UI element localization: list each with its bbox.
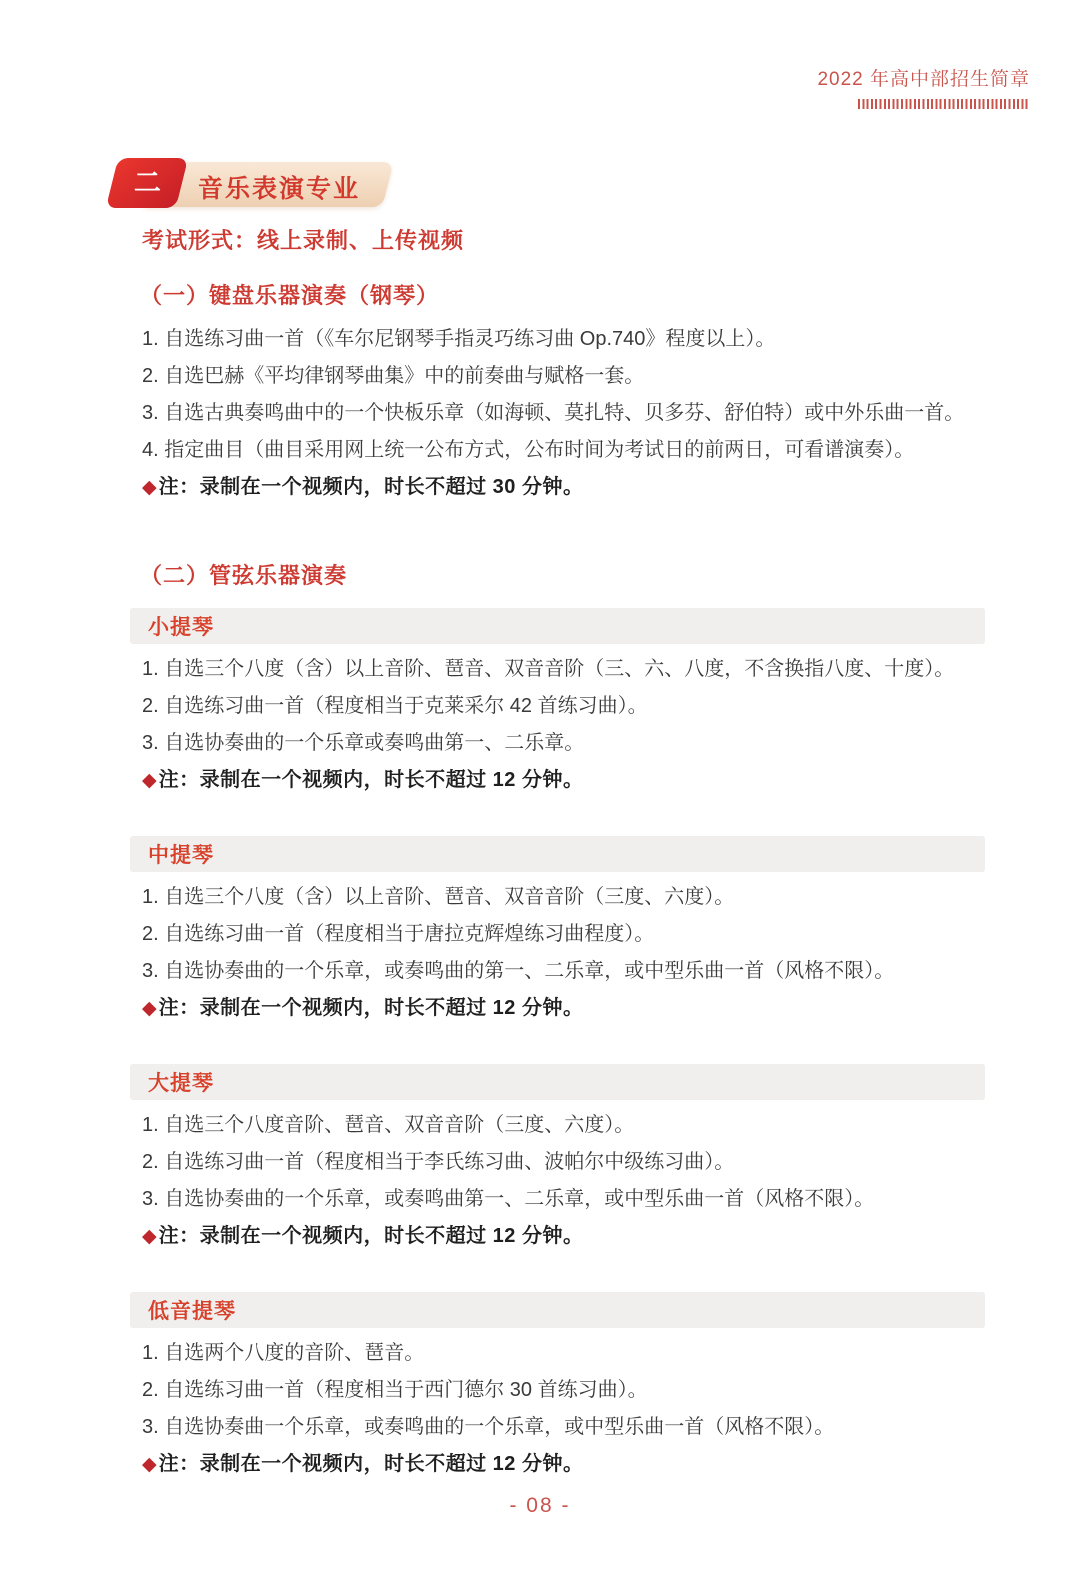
page-title: 音乐表演专业 — [198, 169, 360, 205]
instrument-title: 小提琴 — [148, 611, 214, 641]
list-item: 1. 自选三个八度（含）以上音阶、琶音、双音音阶（三、六、八度，不含换指八度、十… — [130, 658, 985, 681]
note-line: ◆注：录制在一个视频内，时长不超过 12 分钟。 — [130, 1453, 985, 1476]
note-line: ◆注：录制在一个视频内，时长不超过 12 分钟。 — [130, 997, 985, 1020]
note-text: 注：录制在一个视频内，时长不超过 30 分钟。 — [159, 476, 584, 498]
subsection-cello: 大提琴 1. 自选三个八度音阶、琶音、双音音阶（三度、六度）。 2. 自选练习曲… — [130, 1064, 985, 1248]
list-item: 4. 指定曲目（曲目采用网上统一公布方式，公布时间为考试日的前两日，可看谱演奏）… — [130, 439, 985, 462]
document-header-title: 2022 年高中部招生简章 — [817, 64, 1030, 91]
note-diamond-icon: ◆ — [142, 1454, 157, 1475]
list-item: 2. 自选练习曲一首（程度相当于西门德尔 30 首练习曲）。 — [130, 1379, 985, 1402]
list-item: 2. 自选练习曲一首（程度相当于唐拉克辉煌练习曲程度）。 — [130, 923, 985, 946]
note-text: 注：录制在一个视频内，时长不超过 12 分钟。 — [159, 997, 584, 1019]
section-badge: 二 音乐表演专业 — [110, 158, 985, 210]
list-item: 1. 自选三个八度（含）以上音阶、琶音、双音音阶（三度、六度）。 — [130, 886, 985, 909]
note-line: ◆注：录制在一个视频内，时长不超过 12 分钟。 — [130, 769, 985, 792]
section-heading: （二）管弦乐器演奏 — [130, 559, 985, 590]
subsection-double-bass: 低音提琴 1. 自选两个八度的音阶、琶音。 2. 自选练习曲一首（程度相当于西门… — [130, 1292, 985, 1476]
instrument-title: 大提琴 — [148, 1067, 214, 1097]
note-text: 注：录制在一个视频内，时长不超过 12 分钟。 — [159, 1225, 584, 1247]
section-keyboard: （一）键盘乐器演奏（钢琴） 1. 自选练习曲一首（《车尔尼钢琴手指灵巧练习曲 O… — [130, 279, 985, 499]
list-item: 3. 自选协奏曲的一个乐章或奏鸣曲第一、二乐章。 — [130, 732, 985, 755]
subsection-violin: 小提琴 1. 自选三个八度（含）以上音阶、琶音、双音音阶（三、六、八度，不含换指… — [130, 608, 985, 792]
page-number: - 08 - — [0, 1494, 1080, 1518]
badge-number: 二 — [134, 170, 161, 197]
list-item: 3. 自选协奏曲的一个乐章，或奏鸣曲的第一、二乐章，或中型乐曲一首（风格不限）。 — [130, 960, 985, 983]
list-item: 1. 自选三个八度音阶、琶音、双音音阶（三度、六度）。 — [130, 1114, 985, 1137]
instrument-bar: 低音提琴 — [130, 1292, 985, 1328]
list-item: 2. 自选练习曲一首（程度相当于克莱采尔 42 首练习曲）。 — [130, 695, 985, 718]
section-heading: （一）键盘乐器演奏（钢琴） — [130, 279, 985, 310]
instrument-bar: 小提琴 — [130, 608, 985, 644]
instrument-title: 低音提琴 — [148, 1295, 236, 1325]
list-item: 3. 自选协奏曲一个乐章，或奏鸣曲的一个乐章，或中型乐曲一首（风格不限）。 — [130, 1416, 985, 1439]
header-stripes-icon — [858, 99, 1030, 109]
note-text: 注：录制在一个视频内，时长不超过 12 分钟。 — [159, 1453, 584, 1475]
note-diamond-icon: ◆ — [142, 477, 157, 498]
note-diamond-icon: ◆ — [142, 998, 157, 1019]
list-item: 3. 自选古典奏鸣曲中的一个快板乐章（如海顿、莫扎特、贝多芬、舒伯特）或中外乐曲… — [130, 402, 985, 425]
page-content: 二 音乐表演专业 考试形式：线上录制、上传视频 （一）键盘乐器演奏（钢琴） 1.… — [130, 158, 985, 1476]
list-item: 1. 自选练习曲一首（《车尔尼钢琴手指灵巧练习曲 Op.740》程度以上）。 — [130, 328, 985, 351]
note-diamond-icon: ◆ — [142, 1226, 157, 1247]
note-line: ◆注：录制在一个视频内，时长不超过 12 分钟。 — [130, 1225, 985, 1248]
exam-format: 考试形式：线上录制、上传视频 — [130, 224, 985, 255]
section-orchestral: （二）管弦乐器演奏 小提琴 1. 自选三个八度（含）以上音阶、琶音、双音音阶（三… — [130, 559, 985, 1476]
instrument-bar: 中提琴 — [130, 836, 985, 872]
document-header: 2022 年高中部招生简章 — [817, 64, 1030, 109]
list-item: 2. 自选巴赫《平均律钢琴曲集》中的前奏曲与赋格一套。 — [130, 365, 985, 388]
list-item: 3. 自选协奏曲的一个乐章，或奏鸣曲第一、二乐章，或中型乐曲一首（风格不限）。 — [130, 1188, 985, 1211]
list-item: 2. 自选练习曲一首（程度相当于李氏练习曲、波帕尔中级练习曲）。 — [130, 1151, 985, 1174]
note-diamond-icon: ◆ — [142, 770, 157, 791]
instrument-bar: 大提琴 — [130, 1064, 985, 1100]
note-line: ◆注：录制在一个视频内，时长不超过 30 分钟。 — [130, 476, 985, 499]
badge-number-flag: 二 — [106, 158, 188, 208]
list-item: 1. 自选两个八度的音阶、琶音。 — [130, 1342, 985, 1365]
note-text: 注：录制在一个视频内，时长不超过 12 分钟。 — [159, 769, 584, 791]
subsection-viola: 中提琴 1. 自选三个八度（含）以上音阶、琶音、双音音阶（三度、六度）。 2. … — [130, 836, 985, 1020]
instrument-title: 中提琴 — [148, 839, 214, 869]
